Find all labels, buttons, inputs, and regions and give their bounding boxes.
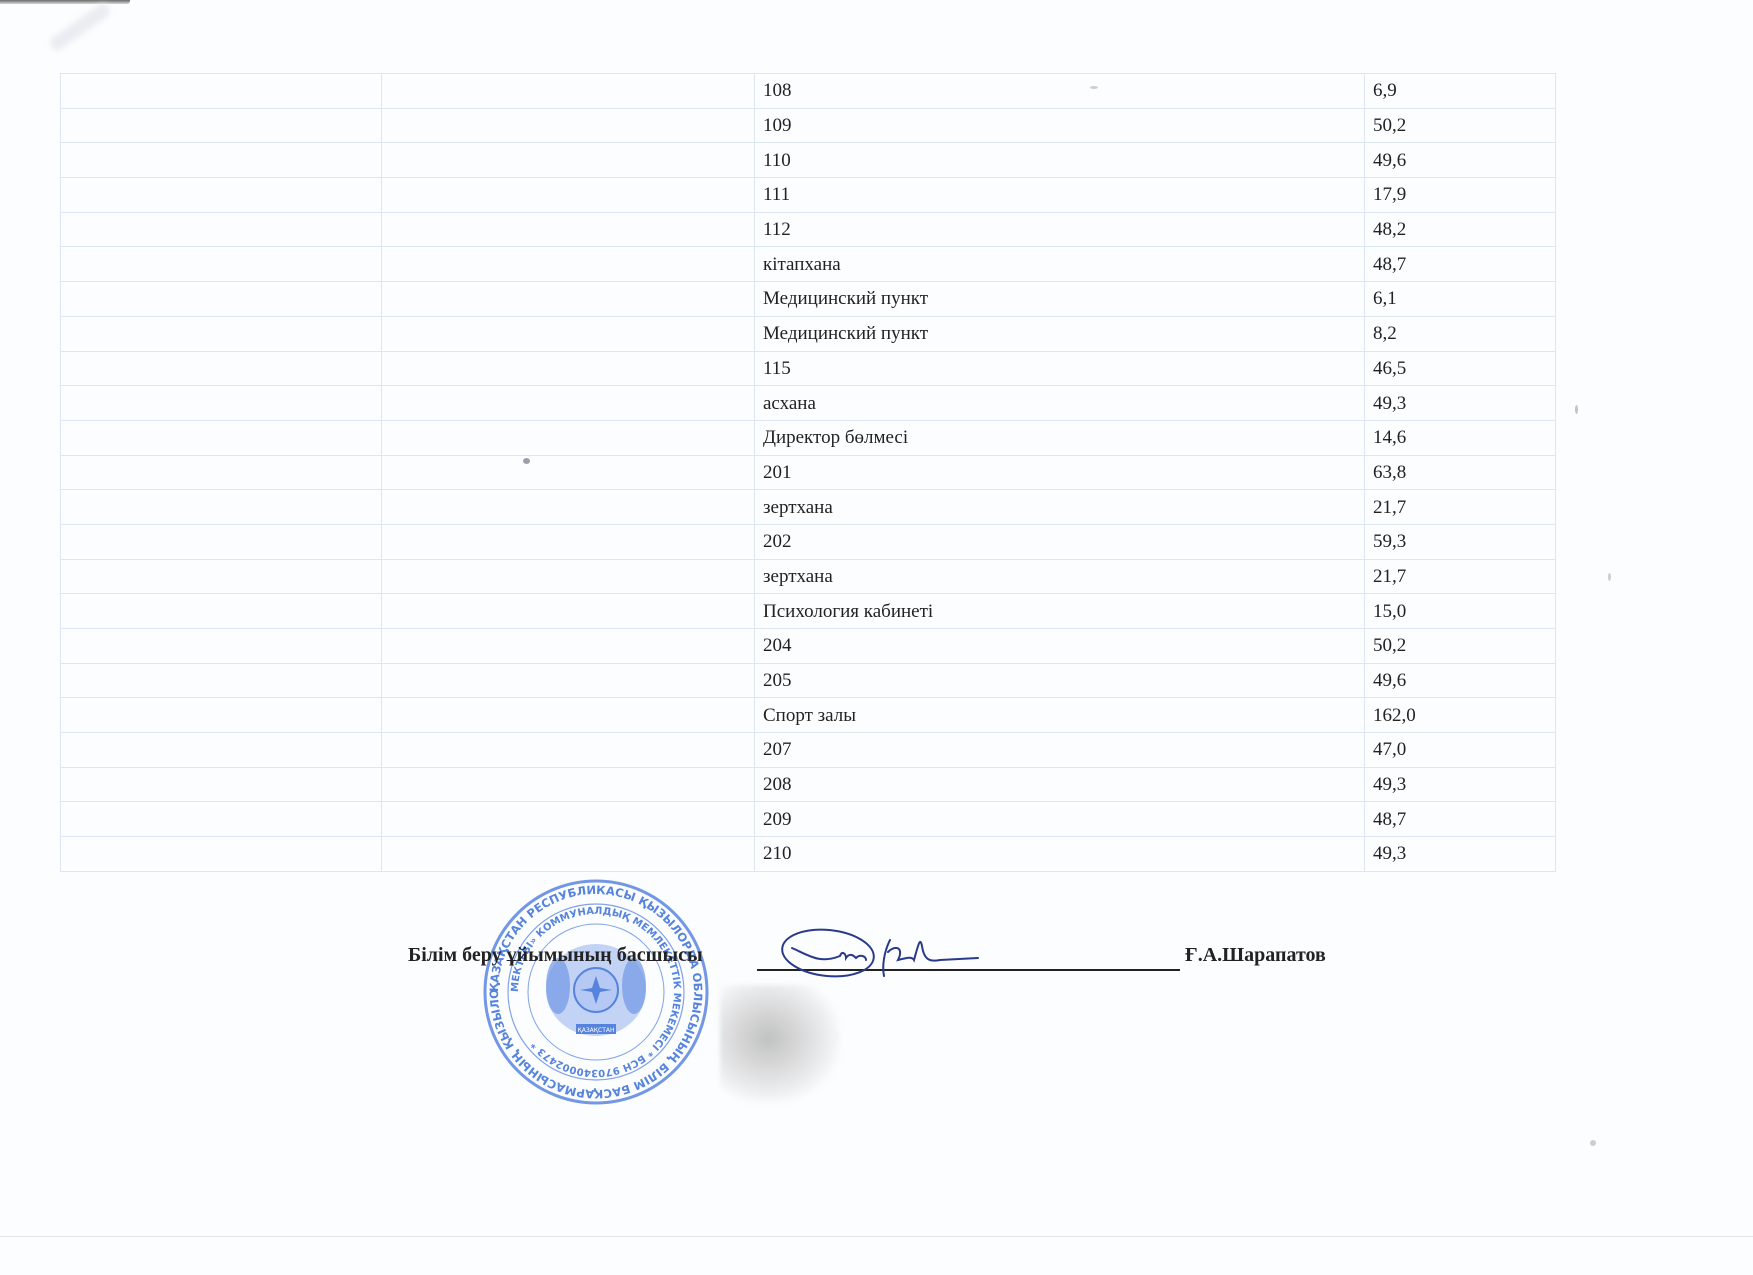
empty-cell: [61, 663, 382, 698]
room-name-cell: асхана: [755, 386, 1365, 421]
empty-cell: [382, 663, 755, 698]
empty-cell: [382, 594, 755, 629]
room-name-cell: 110: [755, 143, 1365, 178]
empty-cell: [382, 420, 755, 455]
empty-cell: [61, 524, 382, 559]
empty-cell: [382, 143, 755, 178]
area-value-cell: 21,7: [1365, 559, 1556, 594]
empty-cell: [61, 247, 382, 282]
empty-cell: [382, 698, 755, 733]
room-name-cell: 209: [755, 802, 1365, 837]
empty-cell: [61, 178, 382, 213]
empty-cell: [382, 802, 755, 837]
area-value-cell: 8,2: [1365, 316, 1556, 351]
empty-cell: [382, 386, 755, 421]
table-row: Спорт залы162,0: [61, 698, 1556, 733]
room-name-cell: 210: [755, 837, 1365, 872]
official-stamp: ҚАЗАҚСТАН РЕСПУБЛИКАСЫ ҚЫЗЫЛОРДА ОБЛЫСЫН…: [482, 878, 710, 1106]
empty-cell: [61, 108, 382, 143]
area-value-cell: 17,9: [1365, 178, 1556, 213]
table-row: Медицинский пункт8,2: [61, 316, 1556, 351]
room-name-cell: 201: [755, 455, 1365, 490]
table-body: 1086,910950,211049,611117,911248,2кітапх…: [61, 74, 1556, 872]
area-value-cell: 46,5: [1365, 351, 1556, 386]
room-name-cell: 208: [755, 767, 1365, 802]
empty-cell: [61, 282, 382, 317]
empty-cell: [382, 282, 755, 317]
empty-cell: [61, 420, 382, 455]
empty-cell: [382, 74, 755, 109]
empty-cell: [61, 490, 382, 525]
table-row: асхана49,3: [61, 386, 1556, 421]
table-row: 20450,2: [61, 629, 1556, 664]
area-value-cell: 63,8: [1365, 455, 1556, 490]
scan-speck: [1608, 573, 1611, 581]
room-name-cell: 205: [755, 663, 1365, 698]
empty-cell: [382, 455, 755, 490]
empty-cell: [61, 455, 382, 490]
table-row: 20259,3: [61, 524, 1556, 559]
area-value-cell: 48,2: [1365, 212, 1556, 247]
area-value-cell: 6,9: [1365, 74, 1556, 109]
area-value-cell: 14,6: [1365, 420, 1556, 455]
table-row: Психология кабинеті15,0: [61, 594, 1556, 629]
area-value-cell: 49,3: [1365, 837, 1556, 872]
empty-cell: [382, 524, 755, 559]
empty-cell: [61, 767, 382, 802]
room-name-cell: 115: [755, 351, 1365, 386]
scan-speck: [1575, 405, 1578, 414]
empty-cell: [61, 316, 382, 351]
empty-cell: [61, 143, 382, 178]
empty-cell: [61, 74, 382, 109]
svg-text:ҚАЗАҚСТАН: ҚАЗАҚСТАН: [577, 1027, 614, 1034]
ink-smudge: [720, 985, 840, 1103]
area-value-cell: 49,6: [1365, 143, 1556, 178]
rooms-area-table: 1086,910950,211049,611117,911248,2кітапх…: [60, 73, 1556, 872]
table-row: 11049,6: [61, 143, 1556, 178]
room-name-cell: 112: [755, 212, 1365, 247]
area-value-cell: 49,3: [1365, 767, 1556, 802]
empty-cell: [61, 351, 382, 386]
area-value-cell: 49,3: [1365, 386, 1556, 421]
empty-cell: [382, 178, 755, 213]
empty-cell: [61, 837, 382, 872]
empty-cell: [382, 733, 755, 768]
room-name-cell: 204: [755, 629, 1365, 664]
table-row: Директор бөлмесі14,6: [61, 420, 1556, 455]
room-name-cell: Медицинский пункт: [755, 282, 1365, 317]
room-name-cell: 207: [755, 733, 1365, 768]
table-row: Медицинский пункт6,1: [61, 282, 1556, 317]
area-value-cell: 48,7: [1365, 802, 1556, 837]
empty-cell: [382, 212, 755, 247]
table-row: 10950,2: [61, 108, 1556, 143]
area-value-cell: 50,2: [1365, 629, 1556, 664]
table-row: 20549,6: [61, 663, 1556, 698]
table-row: 20163,8: [61, 455, 1556, 490]
room-name-cell: 108: [755, 74, 1365, 109]
empty-cell: [61, 594, 382, 629]
table-row: 20747,0: [61, 733, 1556, 768]
area-value-cell: 59,3: [1365, 524, 1556, 559]
area-value-cell: 6,1: [1365, 282, 1556, 317]
empty-cell: [382, 490, 755, 525]
empty-cell: [61, 733, 382, 768]
signatory-name: Ғ.А.Шарапатов: [1185, 944, 1326, 967]
empty-cell: [382, 351, 755, 386]
empty-cell: [382, 316, 755, 351]
table-row: зертхана21,7: [61, 559, 1556, 594]
empty-cell: [382, 247, 755, 282]
area-value-cell: 48,7: [1365, 247, 1556, 282]
scan-shadow: [0, 0, 130, 4]
room-name-cell: 111: [755, 178, 1365, 213]
table-row: 20948,7: [61, 802, 1556, 837]
empty-cell: [382, 629, 755, 664]
room-name-cell: 109: [755, 108, 1365, 143]
empty-cell: [61, 386, 382, 421]
empty-cell: [382, 559, 755, 594]
table-row: 11248,2: [61, 212, 1556, 247]
area-value-cell: 15,0: [1365, 594, 1556, 629]
empty-cell: [382, 108, 755, 143]
room-name-cell: Психология кабинеті: [755, 594, 1365, 629]
table-row: 21049,3: [61, 837, 1556, 872]
empty-cell: [61, 559, 382, 594]
room-name-cell: кітапхана: [755, 247, 1365, 282]
table-row: зертхана21,7: [61, 490, 1556, 525]
empty-cell: [61, 212, 382, 247]
table-row: 1086,9: [61, 74, 1556, 109]
table-row: 20849,3: [61, 767, 1556, 802]
empty-cell: [382, 837, 755, 872]
area-value-cell: 50,2: [1365, 108, 1556, 143]
room-name-cell: 202: [755, 524, 1365, 559]
handwritten-signature: [780, 926, 980, 982]
signatory-title: Білім беру ұйымының басшысы: [408, 944, 703, 967]
scan-smear: [47, 1, 112, 53]
room-name-cell: зертхана: [755, 559, 1365, 594]
area-value-cell: 21,7: [1365, 490, 1556, 525]
area-value-cell: 49,6: [1365, 663, 1556, 698]
table-row: 11117,9: [61, 178, 1556, 213]
empty-cell: [382, 767, 755, 802]
scan-speck: [1590, 1140, 1596, 1146]
area-value-cell: 47,0: [1365, 733, 1556, 768]
room-name-cell: Медицинский пункт: [755, 316, 1365, 351]
area-value-cell: 162,0: [1365, 698, 1556, 733]
scan-edge-line: [0, 1236, 1753, 1237]
room-name-cell: Спорт залы: [755, 698, 1365, 733]
room-name-cell: Директор бөлмесі: [755, 420, 1365, 455]
room-name-cell: зертхана: [755, 490, 1365, 525]
empty-cell: [61, 629, 382, 664]
table-row: 11546,5: [61, 351, 1556, 386]
empty-cell: [61, 802, 382, 837]
table-row: кітапхана48,7: [61, 247, 1556, 282]
empty-cell: [61, 698, 382, 733]
